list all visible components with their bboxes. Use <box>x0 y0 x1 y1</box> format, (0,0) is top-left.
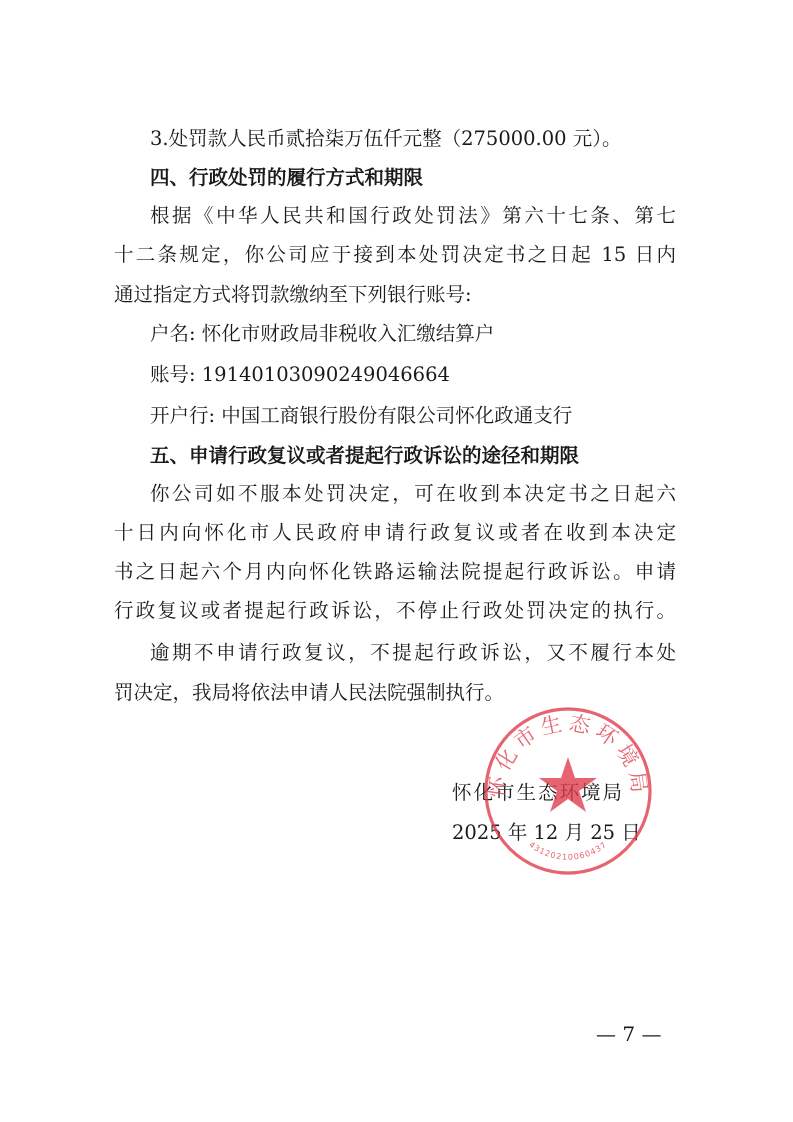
paragraph-line: 行政复议或者提起行政诉讼，不停止行政处罚决定的执行。 <box>114 598 676 624</box>
paragraph-line: 逾期不申请行政复议，不提起行政诉讼，又不履行本处 <box>150 640 676 666</box>
penalty-item-3: 3.处罚款人民币贰拾柒万伍仟元整（275000.00 元）。 <box>150 126 622 152</box>
account-name: 户名: 怀化市财政局非税收入汇缴结算户 <box>150 321 494 347</box>
page-number: — 7 — <box>596 1022 661 1046</box>
paragraph-line: 罚决定，我局将依法申请人民法院强制执行。 <box>114 680 504 706</box>
paragraph-line: 十二条规定，你公司应于接到本处罚决定书之日起 15 日内 <box>114 242 676 268</box>
section-heading-4: 四、行政处罚的履行方式和期限 <box>150 165 423 191</box>
official-seal-icon: 怀化市生态环境局 43120210060437 <box>482 705 654 877</box>
paragraph-line: 十日内向怀化市人民政府申请行政复议或者在收到本决定 <box>114 520 676 546</box>
paragraph-line: 根据《中华人民共和国行政处罚法》第六十七条、第七 <box>150 203 676 229</box>
paragraph-line: 书之日起六个月内向怀化铁路运输法院提起行政诉讼。申请 <box>114 559 676 585</box>
paragraph-line: 通过指定方式将罚款缴纳至下列银行账号: <box>114 282 472 308</box>
account-number: 账号: 19140103090249046664 <box>150 362 450 388</box>
section-heading-5: 五、申请行政复议或者提起行政诉讼的途径和期限 <box>150 443 579 469</box>
svg-text:43120210060437: 43120210060437 <box>527 840 608 862</box>
bank-name: 开户行: 中国工商银行股份有限公司怀化政通支行 <box>150 403 572 429</box>
paragraph-line: 你公司如不服本处罚决定，可在收到本决定书之日起六 <box>150 481 676 507</box>
